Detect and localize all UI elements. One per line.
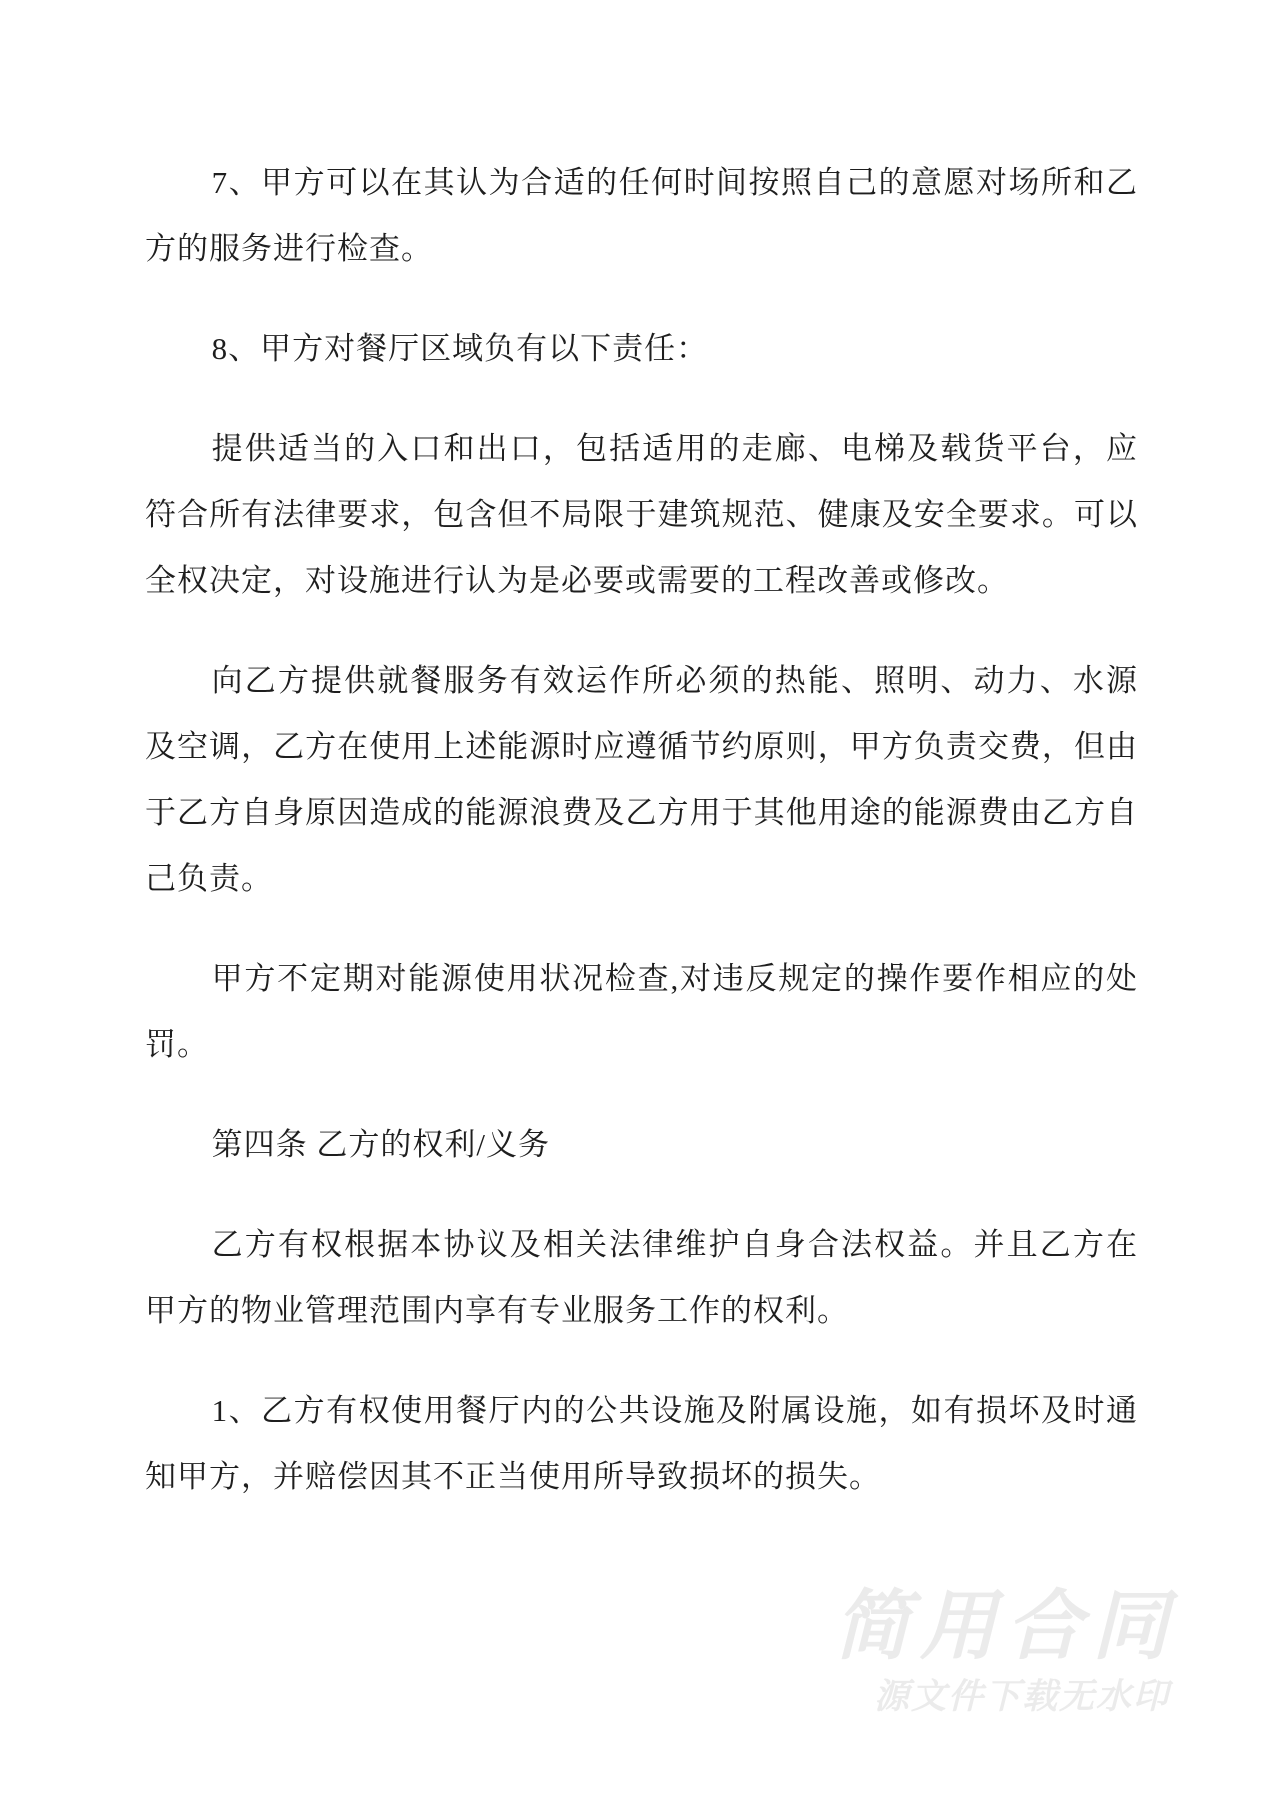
document-page: 7、甲方可以在其认为合适的任何时间按照自己的意愿对场所和乙方的服务进行检查。 8… <box>0 0 1280 1810</box>
paragraph-entrances-exits: 提供适当的入口和出口，包括适用的走廊、电梯及载货平台，应符合所有法律要求，包含但… <box>145 416 1138 614</box>
document-body: 7、甲方可以在其认为合适的任何时间按照自己的意愿对场所和乙方的服务进行检查。 8… <box>145 150 1138 1544</box>
paragraph-clause-7: 7、甲方可以在其认为合适的任何时间按照自己的意愿对场所和乙方的服务进行检查。 <box>145 150 1138 282</box>
watermark: 简用合同 源文件下载无水印 <box>834 1589 1168 1714</box>
paragraph-party-b-rights: 乙方有权根据本协议及相关法律维护自身合法权益。并且乙方在甲方的物业管理范围内享有… <box>145 1212 1138 1344</box>
paragraph-clause-8: 8、甲方对餐厅区域负有以下责任： <box>145 316 1138 382</box>
paragraph-party-b-item-1: 1、乙方有权使用餐厅内的公共设施及附属设施，如有损坏及时通知甲方，并赔偿因其不正… <box>145 1378 1138 1510</box>
watermark-brand-text: 简用合同 <box>834 1589 1178 1665</box>
paragraph-article-4-heading: 第四条 乙方的权利/义务 <box>145 1112 1138 1178</box>
paragraph-energy-supply: 向乙方提供就餐服务有效运作所必须的热能、照明、动力、水源及空调，乙方在使用上述能… <box>145 648 1138 912</box>
paragraph-energy-inspection: 甲方不定期对能源使用状况检查,对违反规定的操作要作相应的处罚。 <box>145 946 1138 1078</box>
watermark-tagline-text: 源文件下载无水印 <box>834 1679 1170 1714</box>
